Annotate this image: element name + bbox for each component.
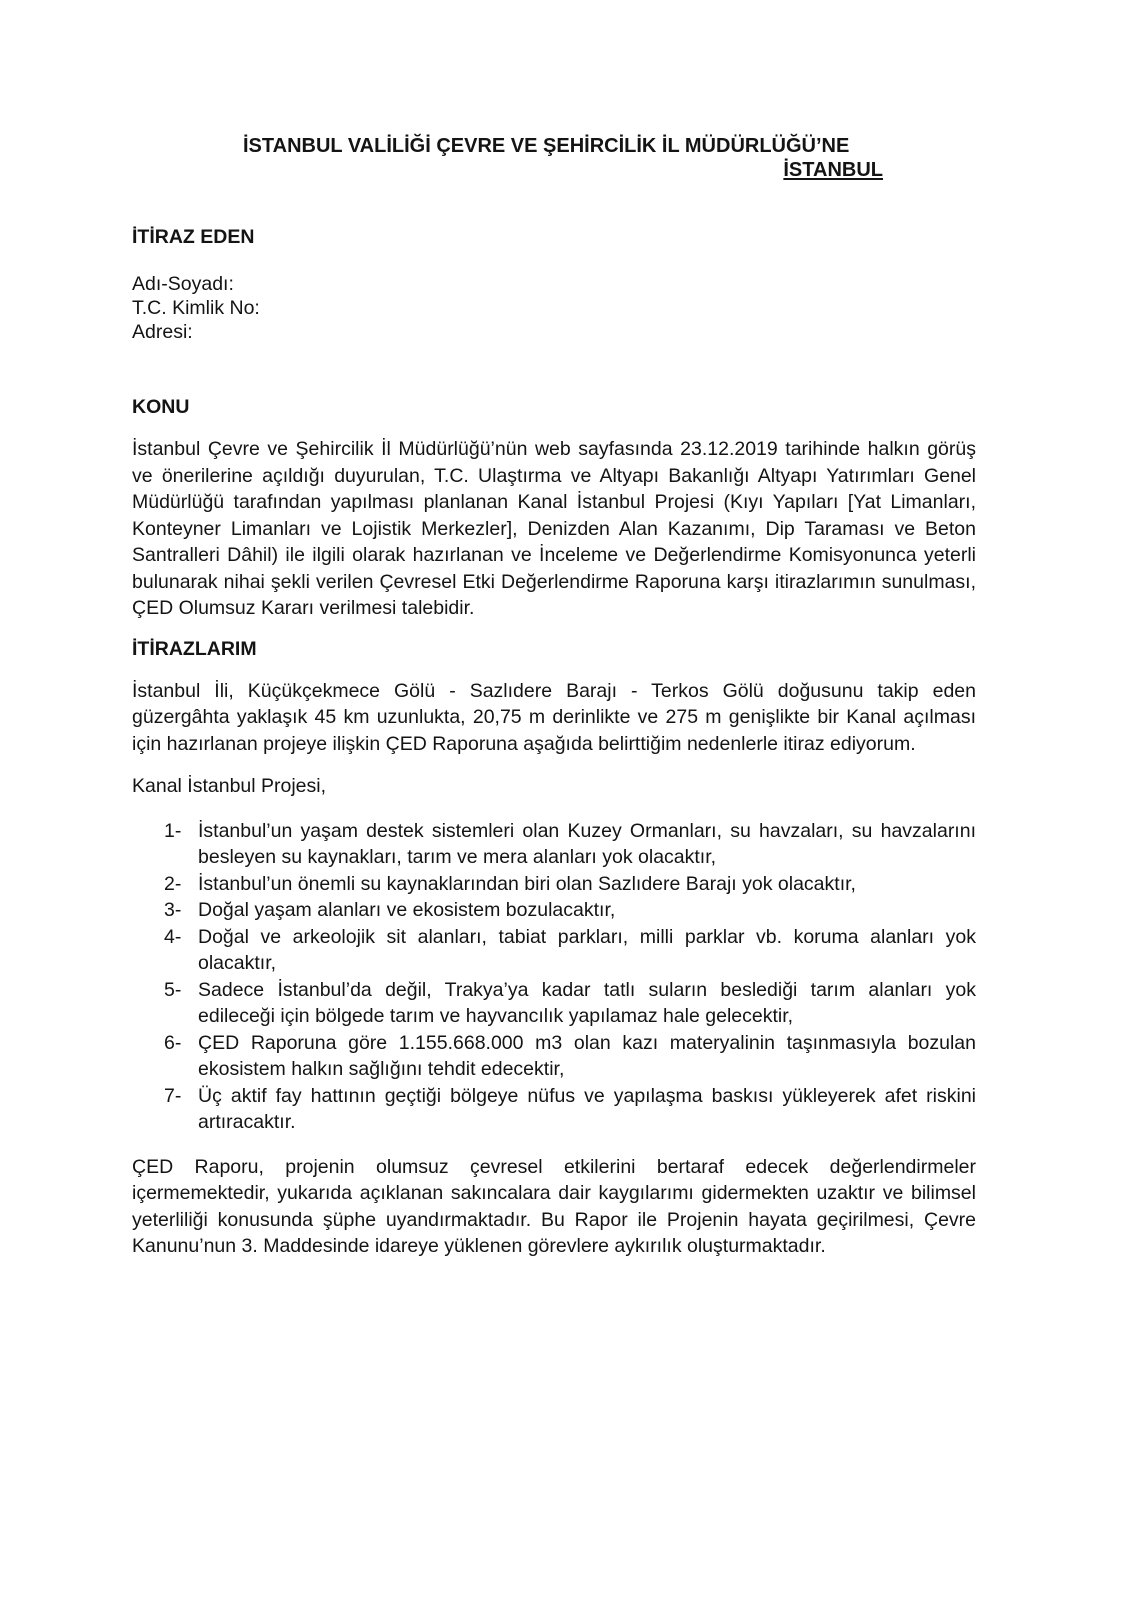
field-address-label: Adresi:	[132, 320, 976, 344]
closing-paragraph: ÇED Raporu, projenin olumsuz çevresel et…	[132, 1154, 976, 1260]
objection-text: Doğal yaşam alanları ve ekosistem bozula…	[198, 897, 976, 924]
objections-list-intro: Kanal İstanbul Projesi,	[132, 773, 976, 800]
recipient-header: İSTANBUL VALİLİĞİ ÇEVRE VE ŞEHİRCİLİK İL…	[243, 134, 883, 182]
objection-item: 7- Üç aktif fay hattının geçtiği bölgeye…	[132, 1083, 976, 1136]
objection-text: ÇED Raporuna göre 1.155.668.000 m3 olan …	[198, 1030, 976, 1083]
objection-number: 6-	[164, 1030, 198, 1057]
objection-text: Sadece İstanbul’da değil, Trakya’ya kada…	[198, 977, 976, 1030]
objections-heading: İTİRAZLARIM	[132, 636, 976, 662]
objection-number: 3-	[164, 897, 198, 924]
objection-item: 3- Doğal yaşam alanları ve ekosistem boz…	[132, 897, 976, 924]
field-name-label: Adı-Soyadı:	[132, 272, 976, 296]
objection-number: 1-	[164, 818, 198, 845]
field-id-number-label: T.C. Kimlik No:	[132, 296, 976, 320]
objection-number: 5-	[164, 977, 198, 1004]
objection-item: 1- İstanbul’un yaşam destek sistemleri o…	[132, 818, 976, 871]
objection-text: Üç aktif fay hattının geçtiği bölgeye nü…	[198, 1083, 976, 1136]
objection-list: 1- İstanbul’un yaşam destek sistemleri o…	[132, 818, 976, 1136]
recipient-city: İSTANBUL	[243, 158, 883, 182]
objection-text: Doğal ve arkeolojik sit alanları, tabiat…	[198, 924, 976, 977]
subject-heading: KONU	[132, 394, 976, 420]
objection-text: İstanbul’un önemli su kaynaklarından bir…	[198, 871, 976, 898]
document-body: İTİRAZ EDEN Adı-Soyadı: T.C. Kimlik No: …	[132, 224, 976, 1260]
objection-number: 2-	[164, 871, 198, 898]
objection-item: 4- Doğal ve arkeolojik sit alanları, tab…	[132, 924, 976, 977]
document-page: İSTANBUL VALİLİĞİ ÇEVRE VE ŞEHİRCİLİK İL…	[0, 0, 1131, 1600]
objection-item: 6- ÇED Raporuna göre 1.155.668.000 m3 ol…	[132, 1030, 976, 1083]
objection-text: İstanbul’un yaşam destek sistemleri olan…	[198, 818, 976, 871]
objections-intro-paragraph: İstanbul İli, Küçükçekmece Gölü - Sazlıd…	[132, 678, 976, 758]
recipient-title: İSTANBUL VALİLİĞİ ÇEVRE VE ŞEHİRCİLİK İL…	[243, 134, 883, 158]
objector-heading: İTİRAZ EDEN	[132, 224, 976, 250]
objection-item: 2- İstanbul’un önemli su kaynaklarından …	[132, 871, 976, 898]
objector-fields: Adı-Soyadı: T.C. Kimlik No: Adresi:	[132, 272, 976, 344]
objection-item: 5- Sadece İstanbul’da değil, Trakya’ya k…	[132, 977, 976, 1030]
subject-paragraph: İstanbul Çevre ve Şehircilik İl Müdürlüğ…	[132, 436, 976, 622]
objection-number: 7-	[164, 1083, 198, 1110]
objection-number: 4-	[164, 924, 198, 951]
